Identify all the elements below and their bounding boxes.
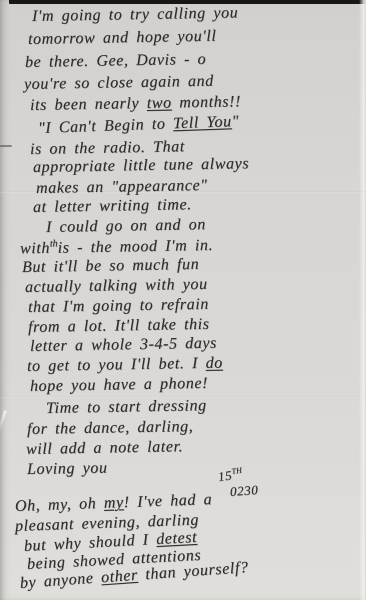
letter-line: withthis - the mood I'm in. [20,236,213,259]
letter-line: I could go on and on [46,216,206,237]
scan-edge-strip [9,0,366,4]
letter-line: will add a note later. [26,438,183,459]
letter-line: Time to start dressing [46,397,207,418]
edge-crease-mark [0,410,7,436]
letter-line: that I'm going to refrain [28,296,209,317]
letter-line: Loving you [27,460,108,479]
letter-page: I'm going to try calling youtomorrow and… [0,0,366,600]
letter-line: from a lot. It'll take this [28,316,210,337]
letter-line: be there. Gee, Davis - o [25,51,206,72]
paper-right-edge [359,0,366,600]
letter-line: makes an "appearance" [36,177,208,198]
letter-line: to get to you I'll bet. I do [27,355,223,376]
edge-pencil-mark [0,145,12,147]
letter-line: I'm going to try calling you [32,4,239,26]
letter-line: for the dance, darling, [27,418,194,439]
letter-line: appropriate little tune always [33,155,249,177]
letter-line: its been nearly two months!! [30,93,241,115]
letter-line: you're so close again and [24,73,214,94]
letter-line: actually talking with you [25,276,208,297]
letter-line: at letter writing time. [33,196,192,217]
letter-line: 0230 [229,482,258,500]
letter-line: letter a whole 3-4-5 days [30,335,217,356]
letter-line: hope you have a phone! [30,375,208,396]
letter-line: But it'll be so much fun [22,256,200,277]
letter-line: "I Can't Begin to Tell You" [38,113,240,138]
letter-line: tomorrow and hope you'll [28,28,217,49]
